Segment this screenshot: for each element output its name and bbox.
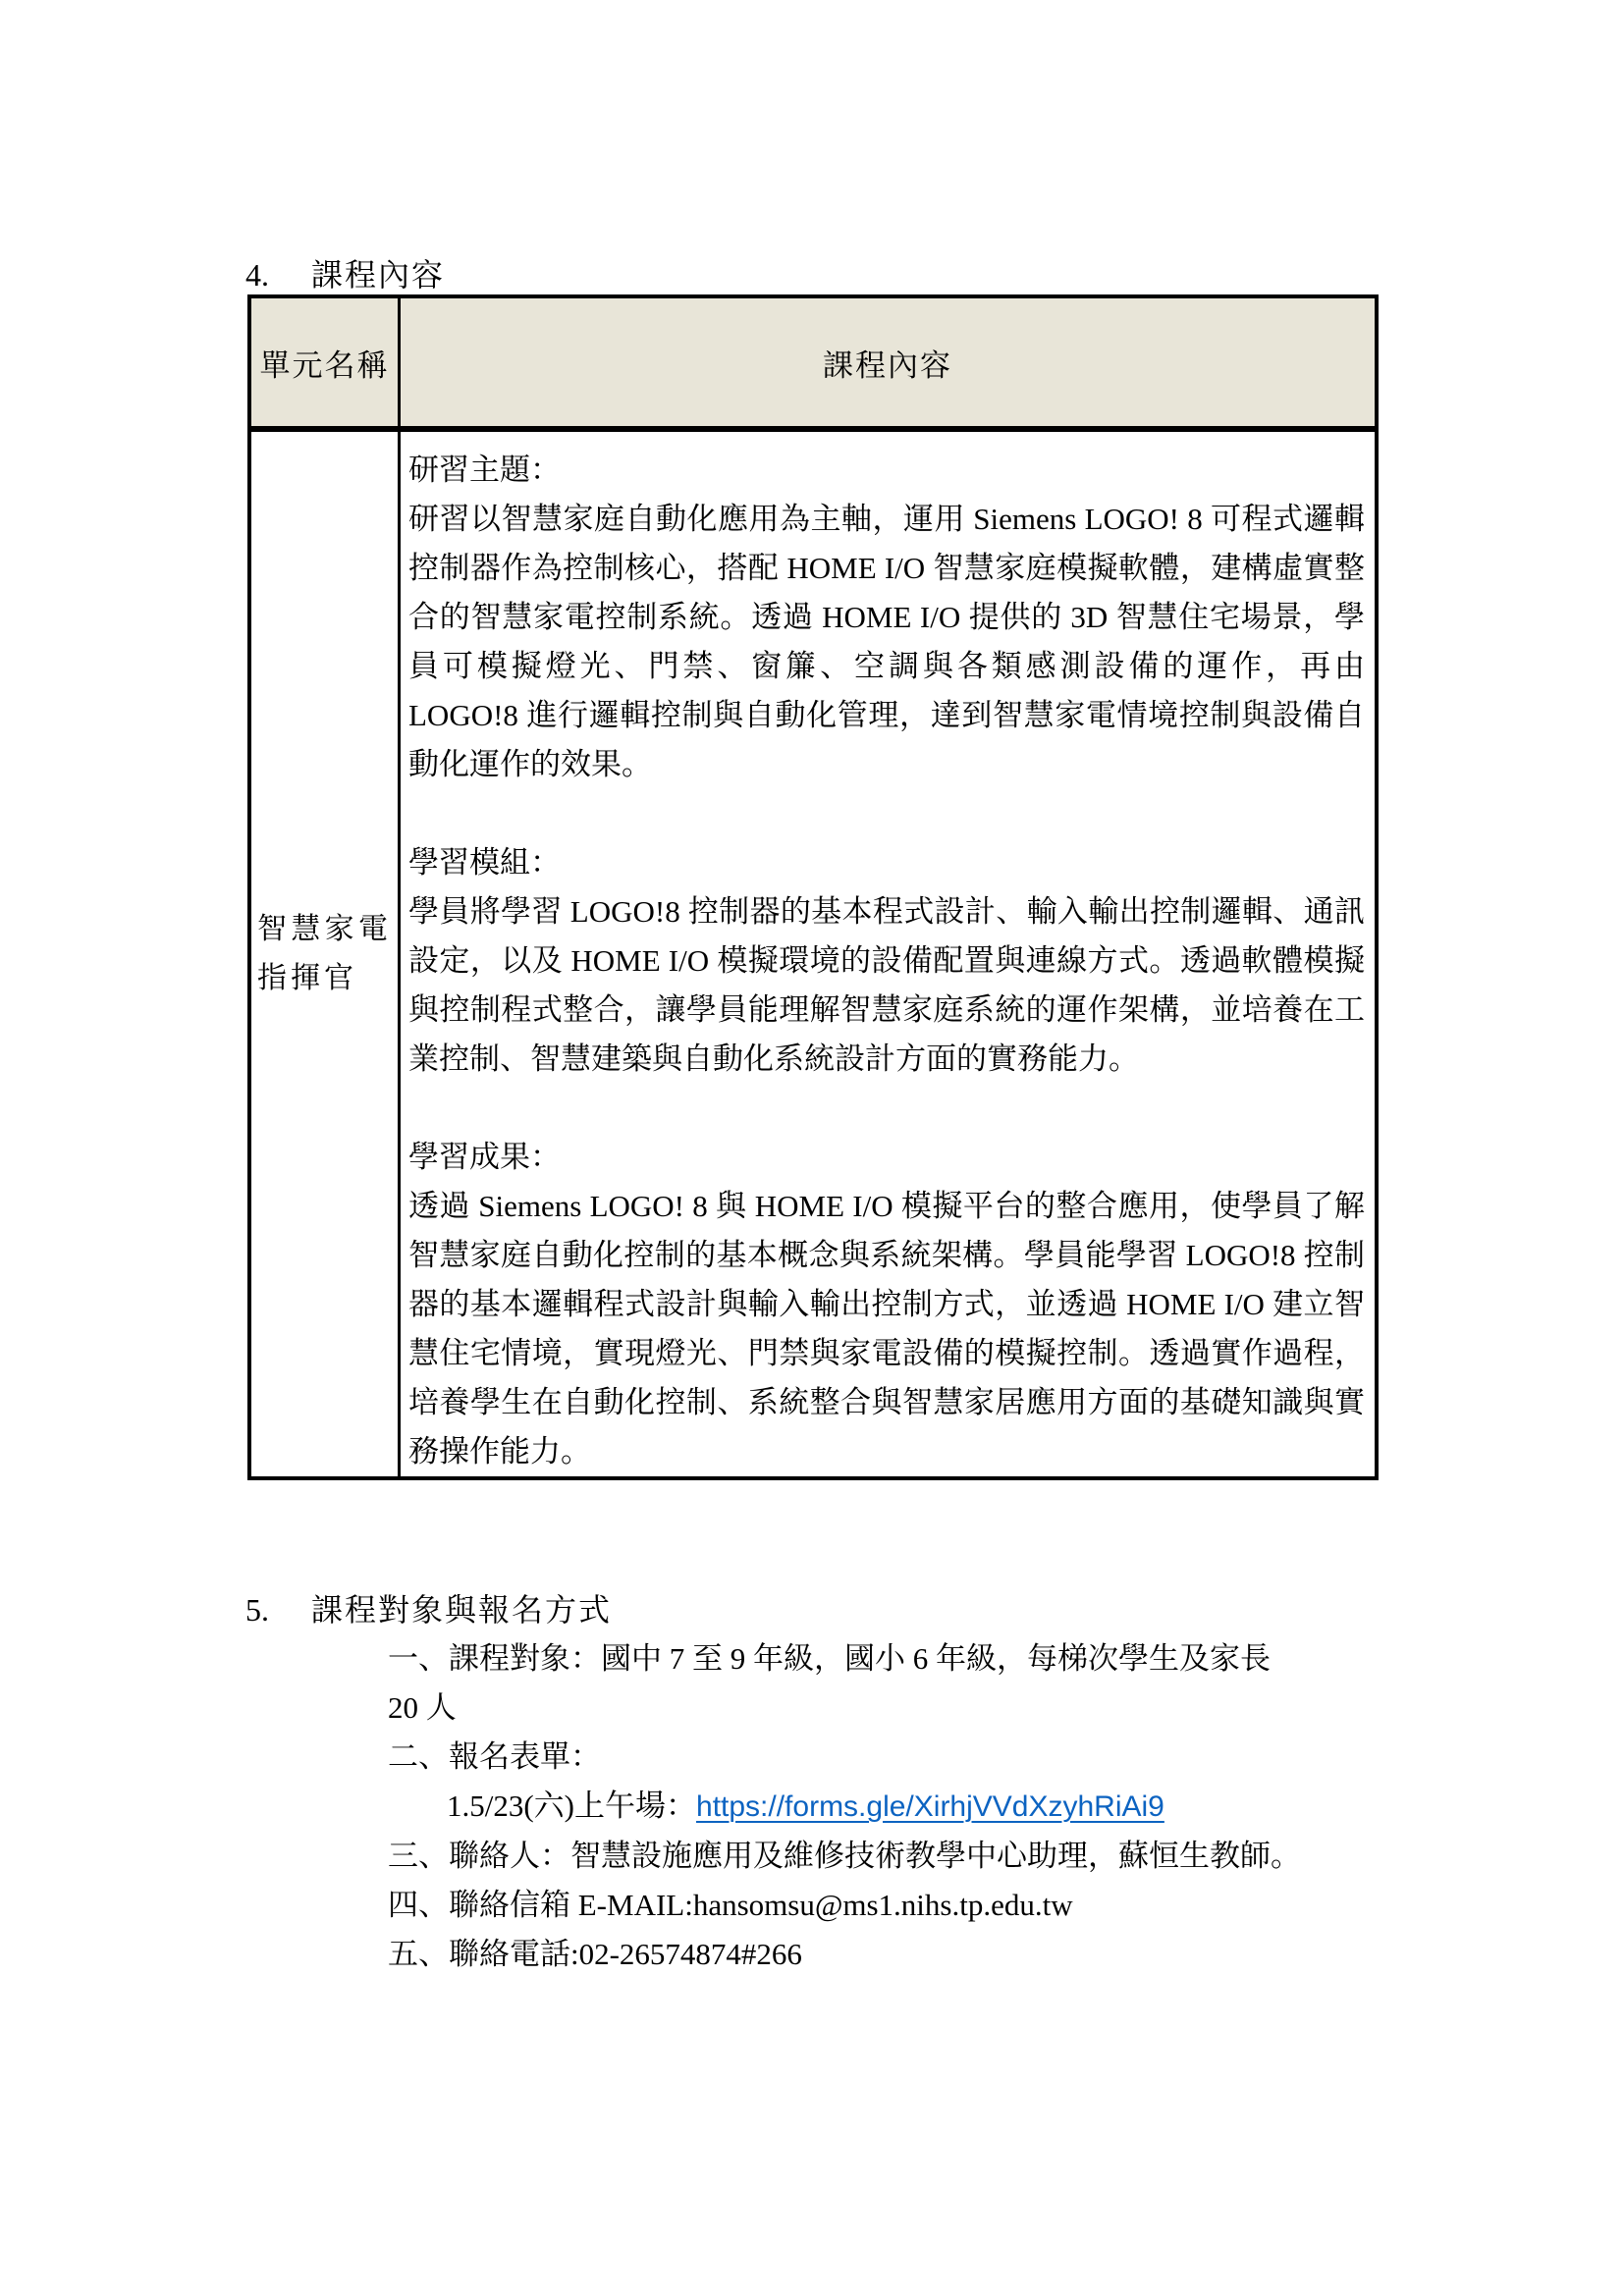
paragraph-outcomes-text: 透過 Siemens LOGO! 8 與 HOME I/O 模擬平台的整合應用，… xyxy=(408,1182,1365,1476)
section4-heading: 4. 課程內容 xyxy=(0,250,1624,299)
course-content-text: 研習主題： 研習以智慧家庭自動化應用為主軸，運用 Siemens LOGO! 8… xyxy=(401,432,1375,1476)
item-course-target-line1: 一、課程對象：國中 7 至 9 年級，國小 6 年級，每梯次學生及家長 xyxy=(0,1634,1624,1683)
section5: 5. 課程對象與報名方式 一、課程對象：國中 7 至 9 年級，國小 6 年級，… xyxy=(0,1585,1624,1979)
header-cell-unit-name: 單元名稱 xyxy=(251,298,401,426)
paragraph-topic: 研習主題： 研習以智慧家庭自動化應用為主軸，運用 Siemens LOGO! 8… xyxy=(408,446,1365,789)
registration-form-link[interactable]: https://forms.gle/XirhjVVdXzyhRiAi9 xyxy=(696,1790,1164,1823)
paragraph-modules: 學習模組： 學員將學習 LOGO!8 控制器的基本程式設計、輸入輸出控制邏輯、通… xyxy=(408,838,1365,1084)
unit-name-text: 智慧家電指揮官 xyxy=(251,905,398,1003)
item-course-target-line2: 20 人 xyxy=(0,1683,1624,1733)
header-unit-name-label: 單元名稱 xyxy=(251,341,398,385)
item-contact-person: 三、聯絡人：智慧設施應用及維修技術教學中心助理，蘇恒生教師。 xyxy=(0,1832,1624,1881)
item-registration-session: 1.5/23(六)上午場：https://forms.gle/XirhjVVdX… xyxy=(0,1782,1624,1832)
paragraph-modules-label: 學習模組： xyxy=(408,838,1365,887)
unit-name-cell: 智慧家電指揮官 xyxy=(251,432,401,1476)
section4-title: 課程內容 xyxy=(311,250,445,299)
paragraph-outcomes-label: 學習成果： xyxy=(408,1133,1365,1182)
table-header-row: 單元名稱 課程內容 xyxy=(251,298,1375,432)
course-content-cell: 研習主題： 研習以智慧家庭自動化應用為主軸，運用 Siemens LOGO! 8… xyxy=(401,432,1375,1476)
document-page: { "colors": { "table_header_bg": "#e8e5d… xyxy=(0,0,1624,2296)
header-cell-course-content: 課程內容 xyxy=(401,298,1375,426)
table-body-row: 智慧家電指揮官 研習主題： 研習以智慧家庭自動化應用為主軸，運用 Siemens… xyxy=(251,432,1375,1476)
paragraph-outcomes: 學習成果： 透過 Siemens LOGO! 8 與 HOME I/O 模擬平台… xyxy=(408,1133,1365,1476)
section5-title: 課程對象與報名方式 xyxy=(311,1585,612,1634)
paragraph-topic-label: 研習主題： xyxy=(408,446,1365,495)
course-content-table: 單元名稱 課程內容 智慧家電指揮官 研習主題： 研習以智慧家庭自動化應用為主軸，… xyxy=(247,294,1379,1480)
item-contact-phone: 五、聯絡電話:02-26574874#266 xyxy=(0,1930,1624,1979)
section5-number: 5. xyxy=(245,1585,269,1634)
session-label: 1.5/23(六)上午場： xyxy=(447,1789,696,1823)
paragraph-modules-text: 學員將學習 LOGO!8 控制器的基本程式設計、輸入輸出控制邏輯、通訊設定，以及… xyxy=(408,887,1365,1084)
header-course-content-label: 課程內容 xyxy=(401,341,1375,385)
item-registration-form: 二、報名表單： xyxy=(0,1733,1624,1782)
section5-heading: 5. 課程對象與報名方式 xyxy=(0,1585,1624,1634)
paragraph-topic-text: 研習以智慧家庭自動化應用為主軸，運用 Siemens LOGO! 8 可程式邏輯… xyxy=(408,495,1365,789)
item-contact-email: 四、聯絡信箱 E-MAIL:hansomsu@ms1.nihs.tp.edu.t… xyxy=(0,1881,1624,1930)
section4-number: 4. xyxy=(245,250,269,299)
